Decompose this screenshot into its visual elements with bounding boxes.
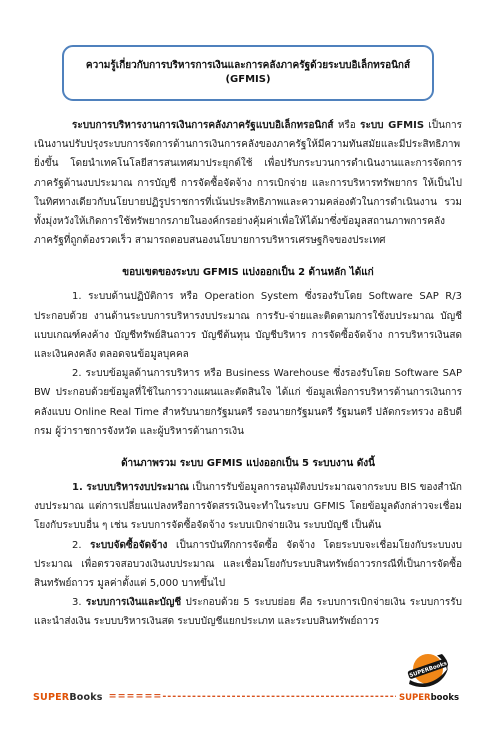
scope-item-business-warehouse: 2. ระบบข้อมูลด้านการบริหาร หรือ Business… <box>34 364 462 441</box>
title-box: ความรู้เกี่ยวกับการบริหารการเงินและการคล… <box>62 45 434 101</box>
footer-brand-books: Books <box>69 692 102 703</box>
logo-caption: SUPERbooks <box>399 693 459 703</box>
overview-item-procurement-system: 2. ระบบจัดซื้อจัดจ้าง เป็นการบันทึกการจั… <box>34 536 462 594</box>
footer-divider-dashes: ======----------------------------------… <box>109 691 396 702</box>
intro-paragraph: ระบบการบริหารงานการเงินการคลังภาครัฐแบบอ… <box>34 116 462 250</box>
page-footer: SUPERBooks ======-----------------------… <box>33 651 458 703</box>
scope-item-operation-system: 1. ระบบด้านปฏิบัติการ หรือ Operation Sys… <box>34 287 462 364</box>
overview-item-budget-system: 1. ระบบบริหารงบประมาณ เป็นการรับข้อมูลกา… <box>34 478 462 536</box>
scope-heading: ขอบเขตของระบบ GFMIS แบ่งออกเป็น 2 ด้านหล… <box>34 264 462 282</box>
publisher-logo: SUPERBooks SUPERbooks <box>400 651 458 703</box>
overview-heading: ด้านภาพรวม ระบบ GFMIS แบ่งออกเป็น 5 ระบบ… <box>34 455 462 473</box>
footer-brand-super: SUPER <box>33 692 69 703</box>
logo-caption-super: SUPER <box>399 693 431 703</box>
page-title: ความรู้เกี่ยวกับการบริหารการเงินและการคล… <box>86 60 410 85</box>
logo-caption-books: books <box>431 693 459 703</box>
footer-brand: SUPERBooks <box>33 692 103 703</box>
overview-item-finance-accounting-system: 3. ระบบการเงินและบัญชี ประกอบด้วย 5 ระบบ… <box>34 593 462 631</box>
document-page: ความรู้เกี่ยวกับการบริหารการเงินและการคล… <box>0 0 496 735</box>
document-content: ความรู้เกี่ยวกับการบริหารการเงินและการคล… <box>0 0 496 632</box>
publisher-logo-icon: SUPERBooks <box>406 651 452 693</box>
